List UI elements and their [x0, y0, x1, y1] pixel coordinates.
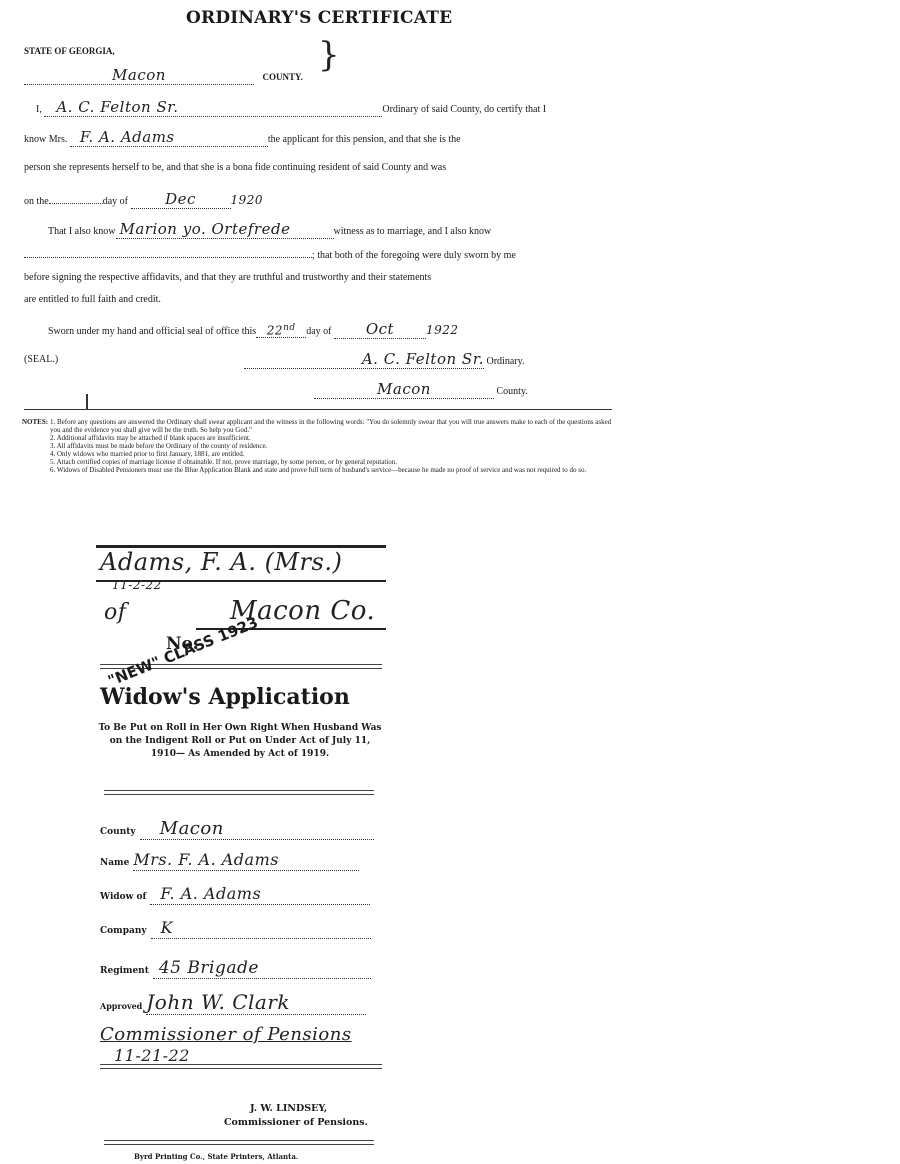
commissioner-title: Commissioner of Pensions. — [224, 1117, 368, 1128]
notes-label: NOTES: — [22, 418, 48, 426]
ordinary-signature: A. C. Felton Sr. — [362, 350, 484, 368]
cover-county-field: County Macon — [100, 818, 374, 840]
sworn-year: 1922 — [426, 323, 459, 337]
cover-regiment-value: 45 Brigade — [159, 958, 259, 978]
note-item: 1. Before any questions are answered the… — [50, 418, 612, 434]
note-item: 4. Only widows who married prior to firs… — [50, 450, 612, 458]
ordinary-signature-line: A. C. Felton Sr. Ordinary. — [244, 350, 524, 369]
section-divider — [24, 409, 612, 410]
county-label: COUNTY. — [263, 72, 303, 82]
cover-widow-value: F. A. Adams — [160, 884, 261, 903]
class-stamp: "NEW" CLASS 1923 — [105, 613, 260, 690]
cover-double-rule-3 — [100, 1064, 382, 1069]
affidavit-line: before signing the respective affidavits… — [24, 272, 431, 283]
note-item: 2. Additional affidavits may be attached… — [50, 434, 612, 442]
cover-approved-value: John W. Clark — [146, 990, 290, 1014]
sworn-line: Sworn under my hand and official seal of… — [48, 320, 459, 339]
commissioner-name: J. W. LINDSEY, — [250, 1103, 327, 1114]
note-item: 6. Widows of Disabled Pensioners must us… — [50, 466, 612, 474]
printer-credit: Byrd Printing Co., State Printers, Atlan… — [134, 1152, 298, 1161]
cover-approved-title: Commissioner of Pensions — [100, 1024, 352, 1045]
application-title: Widow's Application — [100, 684, 350, 710]
witness-name: Marion yo. Ortefrede — [120, 220, 291, 238]
cover-approved-date: 11-21-22 — [114, 1046, 190, 1065]
applicant-line: know Mrs. F. A. Adamsthe applicant for t… — [24, 128, 461, 147]
applicant-name: F. A. Adams — [80, 128, 175, 146]
cover-handwritten-date: 11-2-22 — [112, 578, 162, 592]
cover-handwritten-name: Adams, F. A. (Mrs.) — [100, 548, 342, 576]
sworn-witness-line: ; that both of the foregoing were duly s… — [24, 250, 516, 261]
ink-mark — [86, 394, 88, 410]
cover-double-rule-2 — [104, 790, 374, 795]
cover-name-value: Mrs. F. A. Adams — [133, 850, 279, 869]
sworn-month: Oct — [366, 320, 394, 338]
cover-name-field: Name Mrs. F. A. Adams — [100, 850, 359, 871]
cover-double-rule-4 — [104, 1140, 374, 1145]
signature-county: Macon — [377, 380, 431, 398]
state-label: STATE OF GEORGIA, — [24, 46, 115, 56]
certificate-title: ORDINARY'S CERTIFICATE — [186, 8, 452, 28]
cover-company-value: K — [161, 918, 173, 937]
witness-line: That I also knowMarion yo. Ortefredewitn… — [48, 220, 491, 239]
cover-widow-field: Widow of F. A. Adams — [100, 884, 370, 905]
note-item: 5. Attach certified copies of marriage l… — [50, 458, 612, 466]
seal-label: (SEAL.) — [24, 354, 58, 365]
county-line: Macon COUNTY. — [24, 66, 303, 85]
credit-line: are entitled to full faith and credit. — [24, 294, 161, 305]
residence-line: person she represents herself to be, and… — [24, 162, 446, 173]
sworn-day: 22 — [267, 323, 283, 337]
application-subtitle: To Be Put on Roll in Her Own Right When … — [98, 722, 382, 761]
note-item: 3. All affidavits must be made before th… — [50, 442, 612, 450]
cover-regiment-field: Regiment 45 Brigade — [100, 958, 371, 979]
signature-county-line: Macon County. — [314, 380, 528, 399]
cover-company-field: Company K — [100, 918, 371, 939]
certify-line: I, A. C. Felton Sr.Ordinary of said Coun… — [36, 98, 546, 117]
cover-handwritten-of: of — [104, 600, 126, 625]
notes-list: 1. Before any questions are answered the… — [50, 418, 612, 474]
cover-approved-field: Approved John W. Clark — [100, 990, 366, 1015]
cover-county-value: Macon — [160, 818, 224, 839]
date-line: on theday of Dec1920 — [24, 190, 263, 209]
county-value: Macon — [112, 66, 166, 84]
month-value: Dec — [165, 190, 196, 208]
year-value: 1920 — [231, 193, 264, 207]
bracket-icon: } — [318, 38, 340, 72]
ordinary-name: A. C. Felton Sr. — [56, 98, 178, 116]
